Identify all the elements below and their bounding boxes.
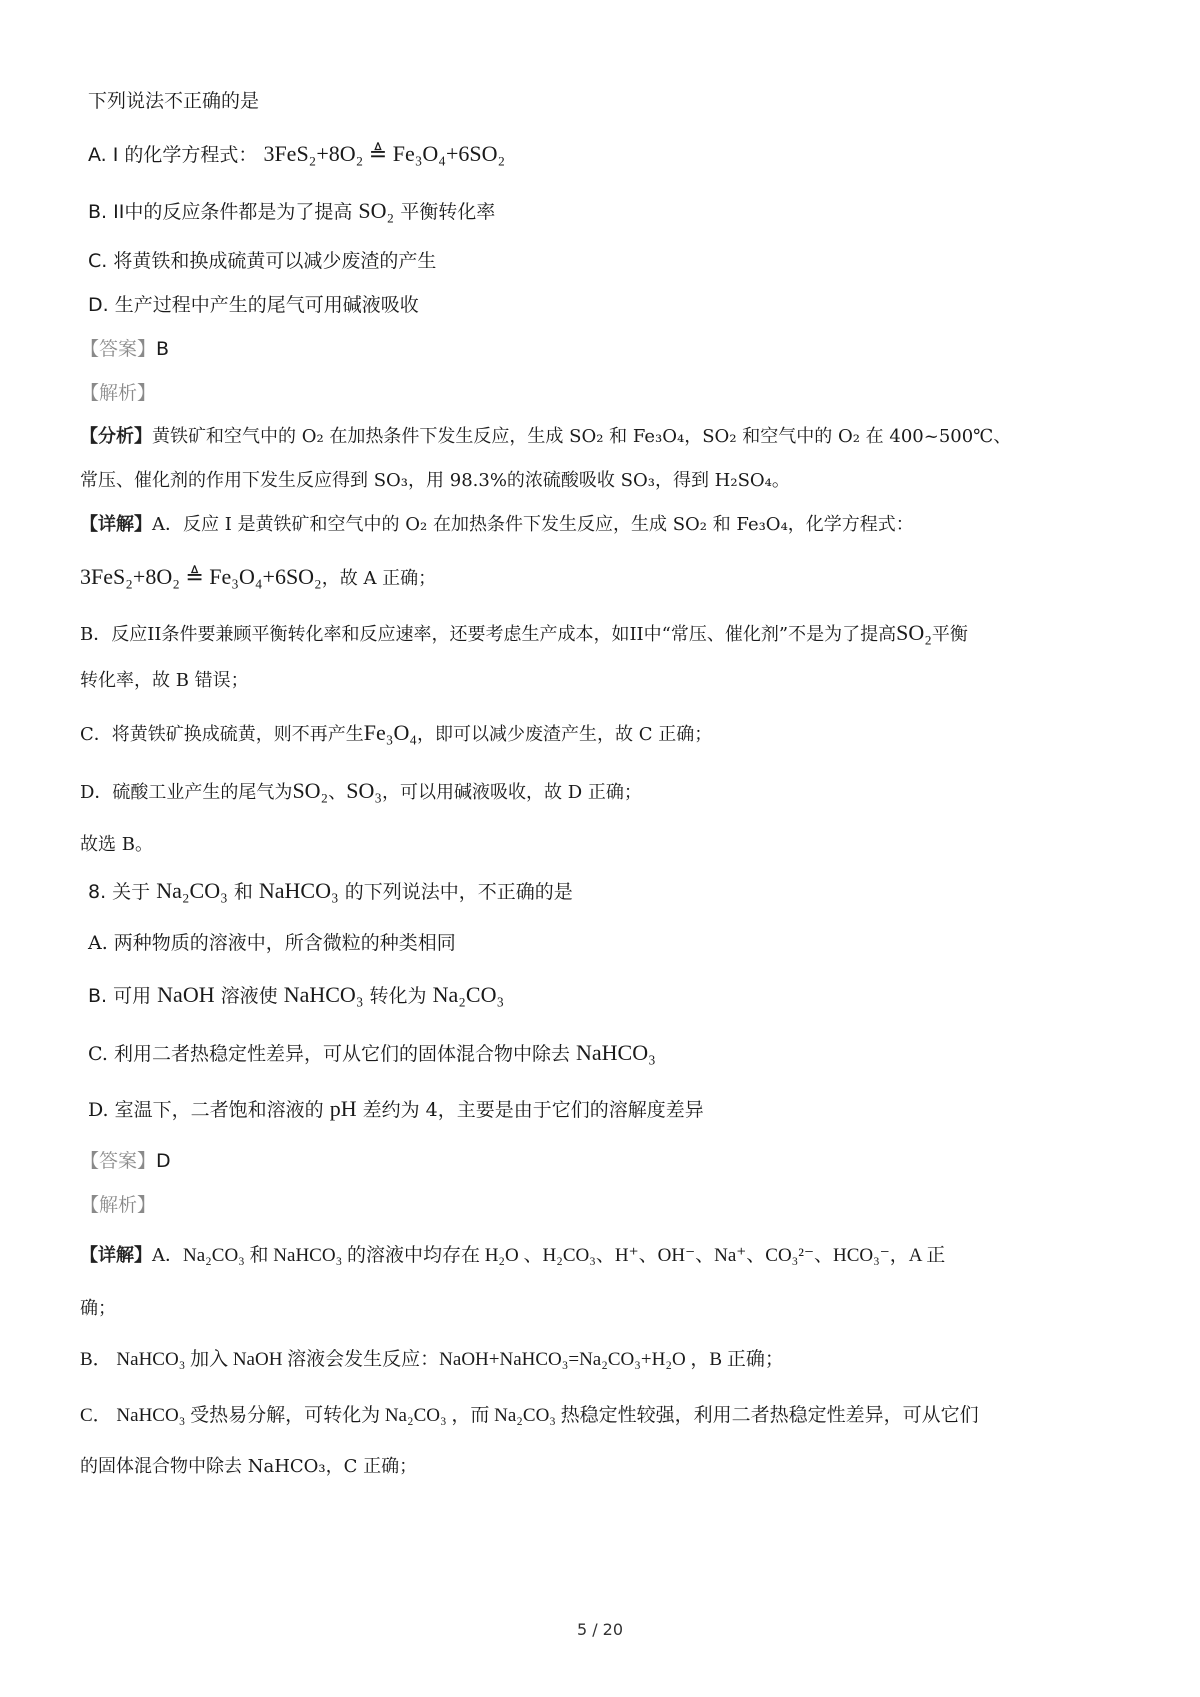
xiangjie-a-equation: 3FeS₂+8O₂ ≜ Fe₃O₄+6SO₂ xyxy=(80,564,322,589)
q7-option-d: D. 生产过程中产生的尾气可用碱液吸收 xyxy=(88,296,419,315)
q8-option-b-mid: 溶液使 xyxy=(221,985,278,1007)
q8-stem-tail: 的下列说法中，不正确的是 xyxy=(345,881,573,903)
option-a-label: A. I 的化学方程式： xyxy=(88,144,257,166)
q7-stem: 下列说法不正确的是 xyxy=(88,92,259,111)
q8-option-a: A. 两种物质的溶液中，所含微粒的种类相同 xyxy=(88,934,456,953)
q7-fenxi-line1: 【分析】黄铁矿和空气中的 O₂ 在加热条件下发生反应，生成 SO₂ 和 Fe₃O… xyxy=(80,428,1011,446)
q8-chem-2: NaHCO₃ xyxy=(259,878,339,903)
xiangjie-d-pre: D．硫酸工业产生的尾气为 xyxy=(80,782,292,803)
option-b-tail: 平衡转化率 xyxy=(400,201,495,223)
q7-option-a: A. I 的化学方程式： 3FeS₂+8O₂ ≜ Fe₃O₄+6SO₂ xyxy=(88,143,505,165)
xiangjie-b-text: B．反应II条件要兼顾平衡转化率和反应速率，还要考虑生产成本，如II中“常压、催… xyxy=(80,624,896,645)
q8-option-b-mid2: 转化为 xyxy=(370,985,427,1007)
xiangjie-c-pre: C．将黄铁矿换成硫黄，则不再产生 xyxy=(80,724,364,745)
q8-option-b-chem1: NaOH xyxy=(157,982,214,1007)
option-b-label: B. II中的反应条件都是为了提高 xyxy=(88,201,352,223)
q7-conclusion: 故选 B。 xyxy=(80,836,153,854)
answer-tag: 【答案】 xyxy=(80,338,156,360)
q7-xiangjie-d: D．硫酸工业产生的尾气为SO₂、SO₃，可以用碱液吸收，故 D 正确； xyxy=(80,780,642,802)
q8-xiangjie-a-cont: 确； xyxy=(80,1300,116,1318)
xiangjie-c-tail: ，即可以减少废渣产生，故 C 正确； xyxy=(417,724,712,745)
q8-option-b-pre: B. 可用 xyxy=(88,985,151,1007)
q8-stem: 8. 关于 Na₂CO₃ 和 NaHCO₃ 的下列说法中，不正确的是 xyxy=(88,880,573,902)
q8-number: 8. 关于 xyxy=(88,881,150,903)
q8-option-c-pre: C. 利用二者热稳定性差异，可从它们的固体混合物中除去 xyxy=(88,1043,570,1065)
q8-xiangjie-c1: C． NaHCO₃ 受热易分解，可转化为 Na₂CO₃ ，而 Na₂CO₃ 热稳… xyxy=(80,1406,979,1425)
xiangjie-d-chem1: SO₂ xyxy=(292,778,328,803)
xiangjie-d-chem2: SO₃ xyxy=(346,778,382,803)
answer-value: D xyxy=(156,1150,171,1172)
xiangjie-d-tail: ，可以用碱液吸收，故 D 正确； xyxy=(382,782,642,803)
q7-analysis-tag: 【解析】 xyxy=(80,384,156,403)
xiangjie-a-tail: ，故 A 正确； xyxy=(322,568,436,589)
xiangjie-d-sep: 、 xyxy=(328,782,346,803)
xiangjie-a-body: Na₂CO₃ 和 NaHCO₃ 的溶液中均存在 H₂O 、H₂CO₃、H⁺、OH… xyxy=(183,1245,945,1266)
q8-option-c: C. 利用二者热稳定性差异，可从它们的固体混合物中除去 NaHCO₃ xyxy=(88,1042,656,1064)
fenxi-text-1: 黄铁矿和空气中的 O₂ 在加热条件下发生反应，生成 SO₂ 和 Fe₃O₄，SO… xyxy=(152,426,1011,447)
q7-xiangjie-c: C．将黄铁矿换成硫黄，则不再产生Fe₃O₄，即可以减少废渣产生，故 C 正确； xyxy=(80,722,712,744)
q7-xiangjie-b2: 转化率，故 B 错误； xyxy=(80,672,249,690)
xiangjie-a-pre: A． xyxy=(152,1245,183,1266)
q8-xiangjie-b: B． NaHCO₃ 加入 NaOH 溶液会发生反应：NaOH+NaHCO₃=Na… xyxy=(80,1350,784,1369)
fenxi-tag: 【分析】 xyxy=(80,426,152,447)
xiangjie-c-chem: Fe₃O₄ xyxy=(364,720,417,745)
q8-option-d-tail: 差约为 4，主要是由于它们的溶解度差异 xyxy=(363,1099,704,1121)
option-a-equation: 3FeS₂+8O₂ ≜ Fe₃O₄+6SO₂ xyxy=(263,141,505,166)
q7-xiangjie-a1: 【详解】A．反应 I 是黄铁矿和空气中的 O₂ 在加热条件下发生反应，生成 SO… xyxy=(80,516,914,534)
q8-stem-mid: 和 xyxy=(234,881,253,903)
xiangjie-tag: 【详解】 xyxy=(80,514,152,535)
xiangjie-a-text: A．反应 I 是黄铁矿和空气中的 O₂ 在加热条件下发生反应，生成 SO₂ 和 … xyxy=(152,514,914,535)
q8-answer: 【答案】D xyxy=(80,1152,171,1171)
q7-answer: 【答案】B xyxy=(80,340,169,359)
q7-xiangjie-a2: 3FeS₂+8O₂ ≜ Fe₃O₄+6SO₂，故 A 正确； xyxy=(80,566,436,588)
q8-option-b-chem3: Na₂CO₃ xyxy=(433,982,505,1007)
q7-fenxi-line2: 常压、催化剂的作用下发生反应得到 SO₃，用 98.3%的浓硫酸吸收 SO₃，得… xyxy=(80,472,790,490)
page-number: 5 / 20 xyxy=(0,1620,1200,1639)
q8-option-c-chem: NaHCO₃ xyxy=(576,1040,656,1065)
xiangjie-tag: 【详解】 xyxy=(80,1245,152,1266)
q8-chem-1: Na₂CO₃ xyxy=(156,878,228,903)
answer-tag: 【答案】 xyxy=(80,1150,156,1172)
q7-option-c: C. 将黄铁和换成硫黄可以减少废渣的产生 xyxy=(88,252,436,271)
q8-option-d-pre: D. 室温下，二者饱和溶液的 xyxy=(88,1099,324,1121)
q8-option-d: D. 室温下，二者饱和溶液的 pH 差约为 4，主要是由于它们的溶解度差异 xyxy=(88,1098,704,1120)
q8-xiangjie-c2: 的固体混合物中除去 NaHCO₃，C 正确； xyxy=(80,1458,417,1476)
q8-option-a-text: A. 两种物质的溶液中，所含微粒的种类相同 xyxy=(88,932,456,954)
xiangjie-b-chem: SO₂ xyxy=(896,620,932,645)
answer-value: B xyxy=(156,338,169,360)
q8-option-d-chem: pH xyxy=(330,1096,357,1121)
q8-option-b-chem2: NaHCO₃ xyxy=(284,982,364,1007)
xiangjie-b-tail: 平衡 xyxy=(932,624,968,645)
q7-option-b: B. II中的反应条件都是为了提高 SO₂ 平衡转化率 xyxy=(88,200,495,222)
option-b-chem: SO₂ xyxy=(358,198,394,223)
q8-xiangjie-a: 【详解】A．Na₂CO₃ 和 NaHCO₃ 的溶液中均存在 H₂O 、H₂CO₃… xyxy=(80,1246,945,1265)
q8-option-b: B. 可用 NaOH 溶液使 NaHCO₃ 转化为 Na₂CO₃ xyxy=(88,984,504,1006)
q8-analysis-tag: 【解析】 xyxy=(80,1196,156,1215)
q7-xiangjie-b1: B．反应II条件要兼顾平衡转化率和反应速率，还要考虑生产成本，如II中“常压、催… xyxy=(80,622,968,644)
